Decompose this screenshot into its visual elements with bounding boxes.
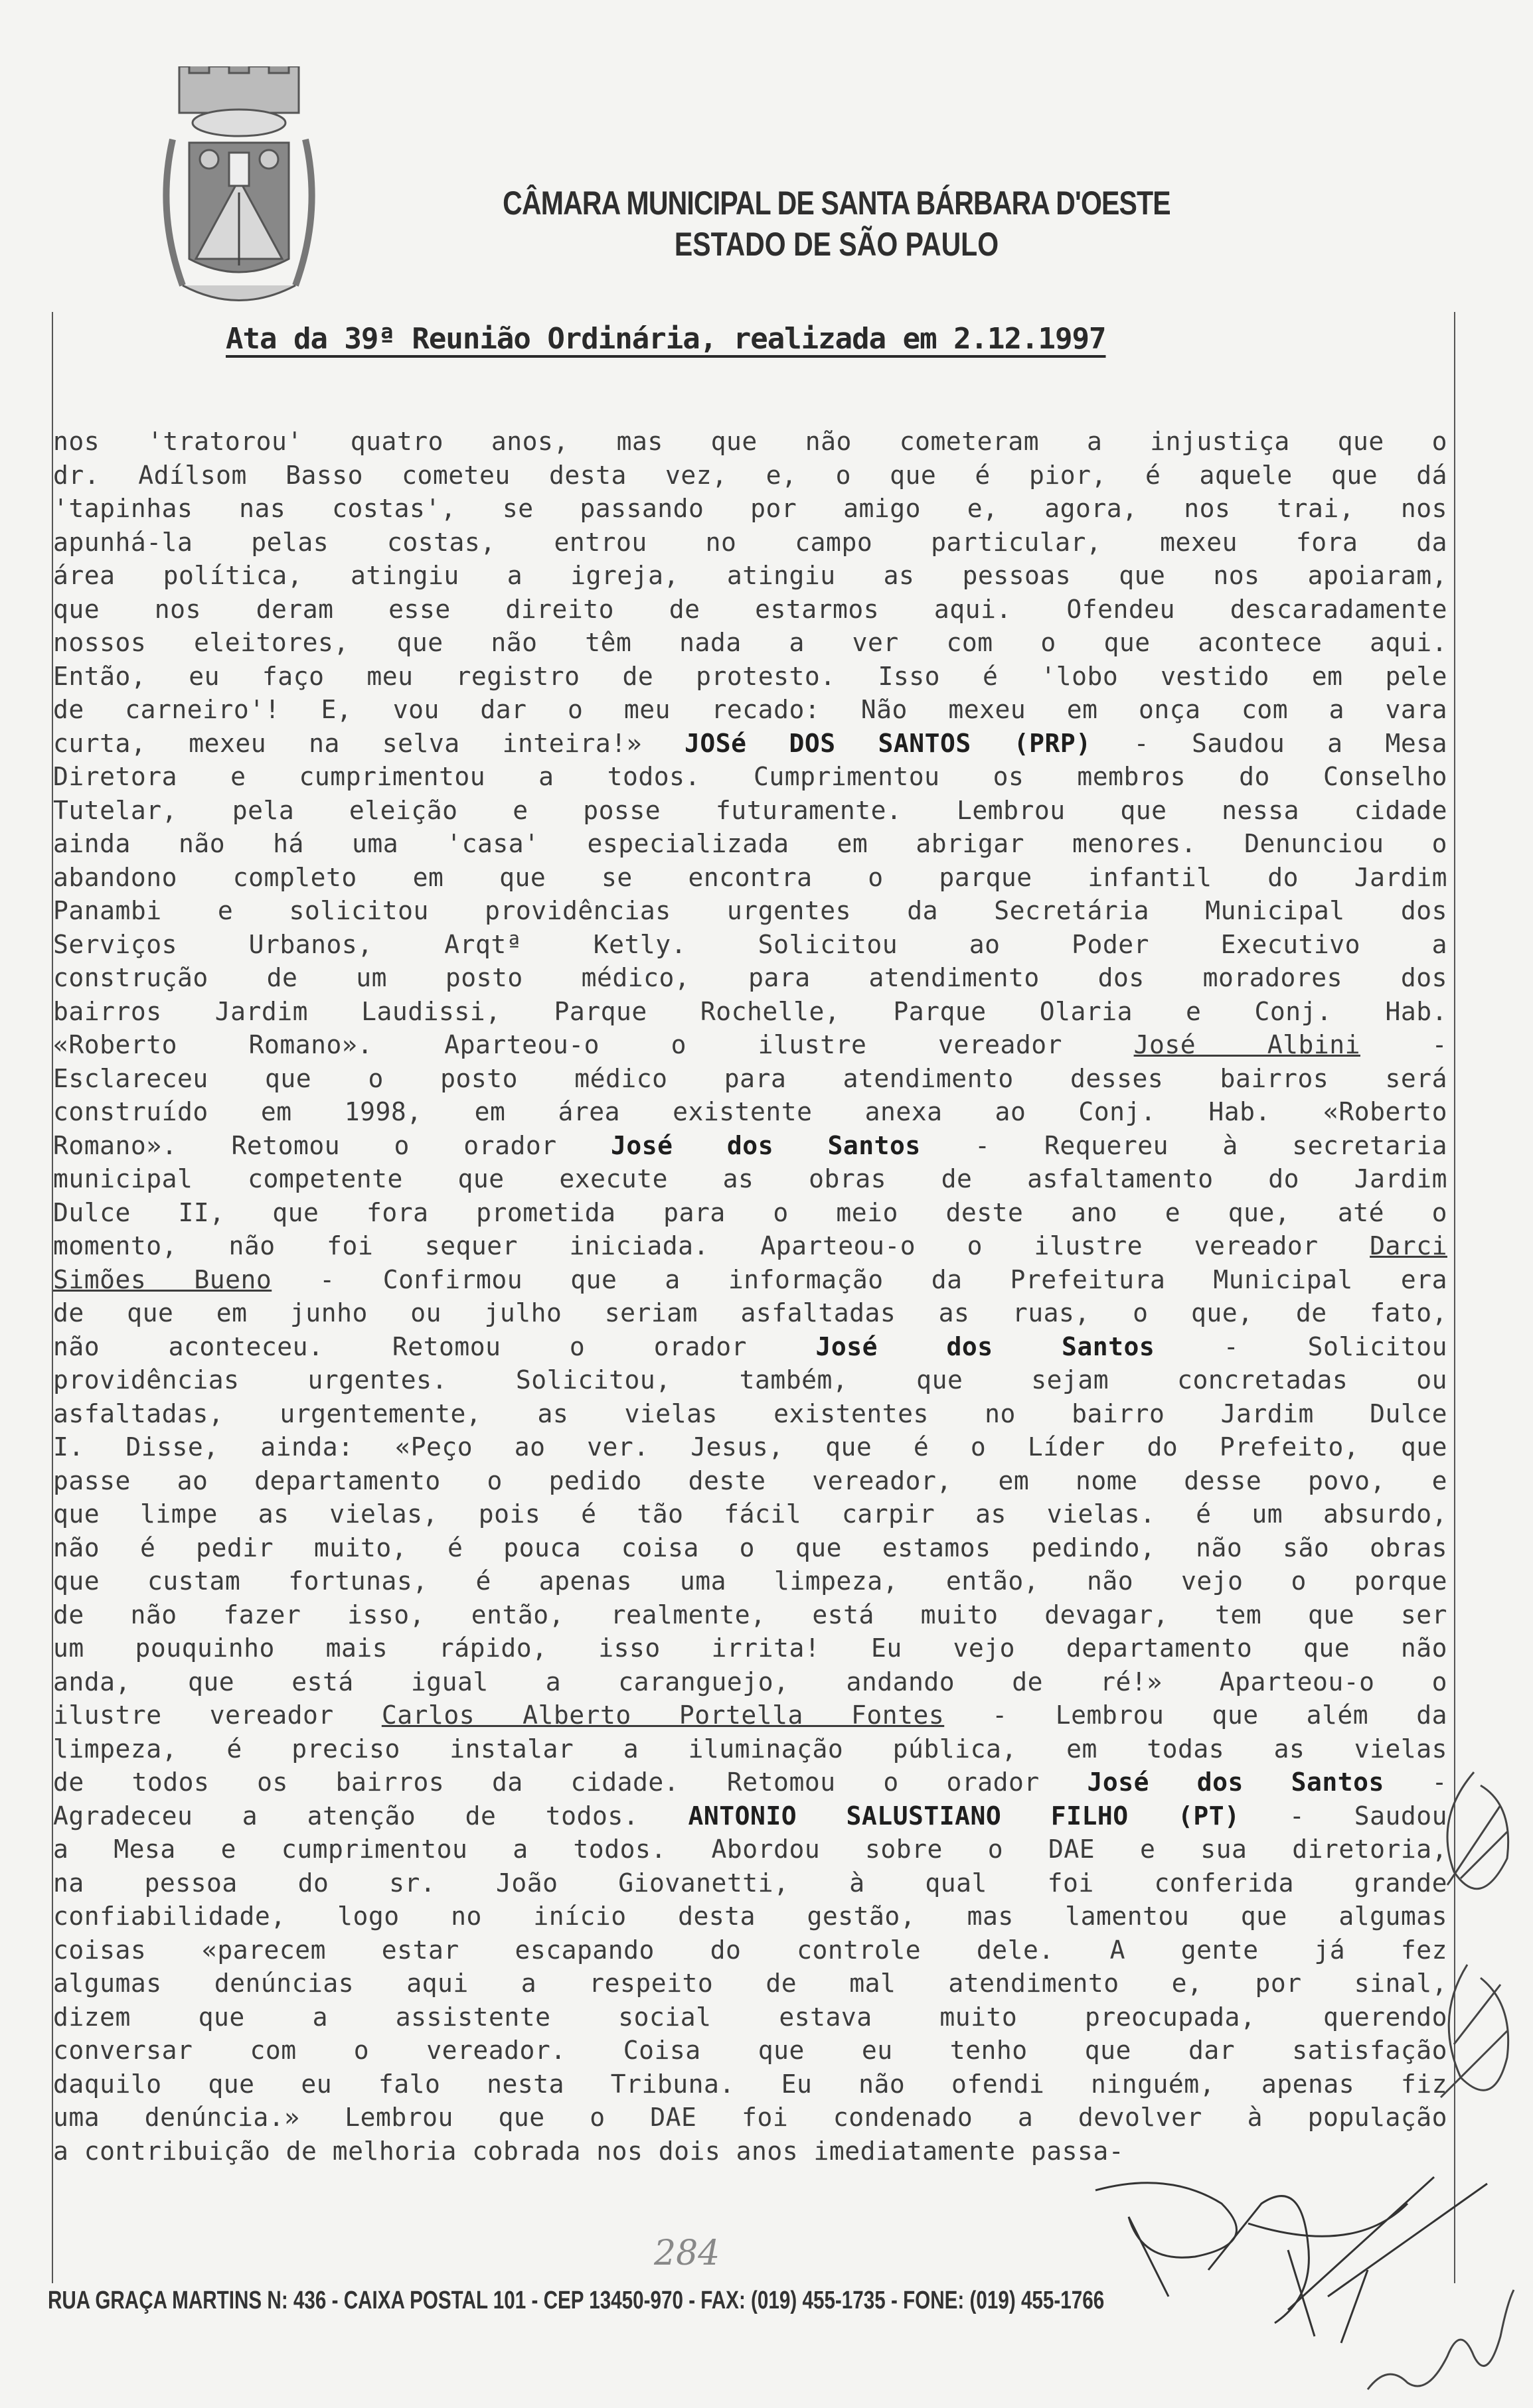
text-segment: Dulce II, que fora prometida para o meio… <box>53 1198 1447 1227</box>
text-segment: apunhá-la pelas costas, entrou no campo … <box>53 528 1447 557</box>
text-line: confiabilidade, logo no início desta ges… <box>53 1900 1447 1933</box>
text-segment: 'tapinhas nas costas', se passando por a… <box>53 494 1447 523</box>
text-segment: de que em junho ou julho seriam asfaltad… <box>53 1298 1447 1327</box>
text-segment: área política, atingiu a igreja, atingiu… <box>53 561 1447 590</box>
text-line: que nos deram esse direito de estarmos a… <box>53 593 1447 627</box>
aparte-name: Carlos Alberto Portella Fontes <box>382 1700 944 1730</box>
text-segment: «Roberto Romano». Aparteou-o o ilustre v… <box>53 1030 1134 1059</box>
text-line: anda, que está igual a caranguejo, andan… <box>53 1665 1447 1699</box>
text-line: coisas «parecem estar escapando do contr… <box>53 1933 1447 1967</box>
text-line: uma denúncia.» Lembrou que o DAE foi con… <box>53 2101 1447 2135</box>
text-segment: Agradeceu a atenção de todos. <box>53 1801 688 1831</box>
text-line: dr. Adílsom Basso cometeu desta vez, e, … <box>53 459 1447 492</box>
text-line: algumas denúncias aqui a respeito de mal… <box>53 1967 1447 2000</box>
signature-icon <box>1427 1766 1520 2137</box>
speaker-name: José dos Santos <box>1087 1768 1384 1797</box>
text-line: dizem que a assistente social estava mui… <box>53 2000 1447 2034</box>
text-segment: daquilo que eu falo nesta Tribuna. Eu nã… <box>53 2069 1447 2099</box>
text-segment: construção de um posto médico, para aten… <box>53 963 1447 992</box>
text-line: Panambi e solicitou providências urgente… <box>53 894 1447 928</box>
text-line: I. Disse, ainda: «Peço ao ver. Jesus, qu… <box>53 1430 1447 1464</box>
text-segment: nos 'tratorou' quatro anos, mas que não … <box>53 427 1447 456</box>
text-segment: de todos os bairros da cidade. Retomou o… <box>53 1768 1087 1797</box>
text-segment: de não fazer isso, então, realmente, est… <box>53 1600 1447 1629</box>
text-line: que limpe as vielas, pois é tão fácil ca… <box>53 1497 1447 1531</box>
text-segment: providências urgentes. Solicitou, também… <box>53 1365 1447 1394</box>
text-segment: que limpe as vielas, pois é tão fácil ca… <box>53 1499 1447 1529</box>
text-line: Esclareceu que o posto médico para atend… <box>53 1062 1447 1096</box>
aparte-name: Darci <box>1370 1231 1447 1260</box>
text-line: não aconteceu. Retomou o orador José dos… <box>53 1330 1447 1364</box>
text-line: na pessoa do sr. João Giovanetti, à qual… <box>53 1866 1447 1900</box>
text-line: de carneiro'! E, vou dar o meu recado: N… <box>53 693 1447 727</box>
text-line: nossos eleitores, que não têm nada a ver… <box>53 626 1447 660</box>
text-segment: Panambi e solicitou providências urgente… <box>53 896 1447 925</box>
minutes-body: nos 'tratorou' quatro anos, mas que não … <box>53 425 1447 2168</box>
initials-icon <box>1361 2283 1520 2403</box>
text-segment: na pessoa do sr. João Giovanetti, à qual… <box>53 1868 1447 1898</box>
text-line: Então, eu faço meu registro de protesto.… <box>53 660 1447 694</box>
speaker-name: José dos Santos <box>815 1332 1155 1361</box>
text-line: asfaltadas, urgentemente, as vielas exis… <box>53 1397 1447 1431</box>
text-line: a Mesa e cumprimentou a todos. Abordou s… <box>53 1833 1447 1866</box>
text-segment: I. Disse, ainda: «Peço ao ver. Jesus, qu… <box>53 1432 1447 1462</box>
text-line: limpeza, é preciso instalar a iluminação… <box>53 1732 1447 1766</box>
text-segment: bairros Jardim Laudissi, Parque Rochelle… <box>53 997 1447 1026</box>
text-segment: abandono completo em que se encontra o p… <box>53 863 1447 892</box>
text-line: Romano». Retomou o orador José dos Santo… <box>53 1129 1447 1163</box>
text-segment: - Requereu à secretaria <box>921 1131 1447 1160</box>
text-segment: - Saudou a Mesa <box>1091 729 1447 758</box>
text-segment: que custam fortunas, é apenas uma limpez… <box>53 1566 1447 1596</box>
text-line: abandono completo em que se encontra o p… <box>53 861 1447 895</box>
text-segment: municipal competente que execute as obra… <box>53 1164 1447 1193</box>
text-line: Agradeceu a atenção de todos. ANTONIO SA… <box>53 1799 1447 1833</box>
text-line: municipal competente que execute as obra… <box>53 1162 1447 1196</box>
text-segment: Diretora e cumprimentou a todos. Cumprim… <box>53 762 1447 791</box>
text-segment: Então, eu faço meu registro de protesto.… <box>53 662 1447 691</box>
text-segment: a contribuição de melhoria cobrada nos d… <box>53 2137 1124 2166</box>
text-segment: a Mesa e cumprimentou a todos. Abordou s… <box>53 1835 1447 1864</box>
text-line: Serviços Urbanos, Arqtª Ketly. Solicitou… <box>53 928 1447 962</box>
text-segment: não é pedir muito, é pouca coisa o que e… <box>53 1533 1447 1562</box>
text-segment: Romano». Retomou o orador <box>53 1131 611 1160</box>
text-line: bairros Jardim Laudissi, Parque Rochelle… <box>53 995 1447 1029</box>
text-segment: nossos eleitores, que não têm nada a ver… <box>53 628 1447 657</box>
organization-header: CÂMARA MUNICIPAL DE SANTA BÁRBARA D'OEST… <box>488 183 1185 265</box>
text-segment: coisas «parecem estar escapando do contr… <box>53 1935 1447 1965</box>
text-segment: momento, não foi sequer iniciada. Aparte… <box>53 1231 1370 1260</box>
text-line: construção de um posto médico, para aten… <box>53 961 1447 995</box>
org-name: CÂMARA MUNICIPAL DE SANTA BÁRBARA D'OEST… <box>488 183 1185 224</box>
text-segment: - Confirmou que a informação da Prefeitu… <box>272 1265 1447 1294</box>
text-segment: algumas denúncias aqui a respeito de mal… <box>53 1969 1447 1998</box>
text-line: Simões Bueno - Confirmou que a informaçã… <box>53 1263 1447 1297</box>
text-segment: dr. Adílsom Basso cometeu desta vez, e, … <box>53 461 1447 490</box>
text-segment: Tutelar, pela eleição e posse futurament… <box>53 796 1447 825</box>
text-line: apunhá-la pelas costas, entrou no campo … <box>53 526 1447 560</box>
speaker-name: ANTONIO SALUSTIANO FILHO (PT) <box>688 1801 1240 1831</box>
text-line: de não fazer isso, então, realmente, est… <box>53 1598 1447 1632</box>
aparte-name: José Albini <box>1134 1030 1360 1059</box>
text-segment: uma denúncia.» Lembrou que o DAE foi con… <box>53 2103 1447 2132</box>
coat-of-arms-icon <box>143 66 335 312</box>
text-segment: passe ao departamento o pedido deste ver… <box>53 1466 1447 1495</box>
text-line: conversar com o vereador. Coisa que eu t… <box>53 2034 1447 2068</box>
text-line: Diretora e cumprimentou a todos. Cumprim… <box>53 760 1447 794</box>
text-segment: limpeza, é preciso instalar a iluminação… <box>53 1734 1447 1764</box>
text-line: ilustre vereador Carlos Alberto Portella… <box>53 1698 1447 1732</box>
text-segment: de carneiro'! E, vou dar o meu recado: N… <box>53 695 1447 724</box>
text-line: não é pedir muito, é pouca coisa o que e… <box>53 1531 1447 1565</box>
text-segment: não aconteceu. Retomou o orador <box>53 1332 815 1361</box>
text-line: construído em 1998, em área existente an… <box>53 1095 1447 1129</box>
text-line: área política, atingiu a igreja, atingiu… <box>53 559 1447 593</box>
text-segment: - Lembrou que além da <box>944 1700 1447 1730</box>
text-segment: conversar com o vereador. Coisa que eu t… <box>53 2036 1447 2065</box>
text-line: daquilo que eu falo nesta Tribuna. Eu nã… <box>53 2068 1447 2101</box>
text-line: Tutelar, pela eleição e posse futurament… <box>53 794 1447 828</box>
text-segment: confiabilidade, logo no início desta ges… <box>53 1902 1447 1931</box>
text-line: nos 'tratorou' quatro anos, mas que não … <box>53 425 1447 459</box>
address-footer: RUA GRAÇA MARTINS N: 436 - CAIXA POSTAL … <box>48 2287 1104 2315</box>
text-line: que custam fortunas, é apenas uma limpez… <box>53 1564 1447 1598</box>
text-segment: dizem que a assistente social estava mui… <box>53 2002 1447 2032</box>
text-segment: Serviços Urbanos, Arqtª Ketly. Solicitou… <box>53 930 1447 959</box>
speaker-name: José dos Santos <box>611 1131 921 1160</box>
text-line: de todos os bairros da cidade. Retomou o… <box>53 1766 1447 1799</box>
text-segment: asfaltadas, urgentemente, as vielas exis… <box>53 1399 1447 1428</box>
handwritten-page-number: 284 <box>654 2233 720 2273</box>
document-title: Ata da 39ª Reunião Ordinária, realizada … <box>226 322 1106 356</box>
text-segment: um pouquinho mais rápido, isso irrita! E… <box>53 1633 1447 1663</box>
text-segment: Esclareceu que o posto médico para atend… <box>53 1064 1447 1093</box>
text-line: 'tapinhas nas costas', se passando por a… <box>53 492 1447 526</box>
text-segment: ainda não há uma 'casa' especializada em… <box>53 829 1447 858</box>
text-segment: que nos deram esse direito de estarmos a… <box>53 595 1447 624</box>
aparte-name: Simões Bueno <box>53 1265 272 1294</box>
text-line: Dulce II, que fora prometida para o meio… <box>53 1196 1447 1230</box>
text-segment: construído em 1998, em área existente an… <box>53 1097 1447 1126</box>
speaker-name: JOSé DOS SANTOS (PRP) <box>685 729 1091 758</box>
org-state: ESTADO DE SÃO PAULO <box>488 224 1185 265</box>
text-line: curta, mexeu na selva inteira!» JOSé DOS… <box>53 727 1447 761</box>
text-line: ainda não há uma 'casa' especializada em… <box>53 827 1447 861</box>
text-segment: ilustre vereador <box>53 1700 382 1730</box>
text-segment: anda, que está igual a caranguejo, andan… <box>53 1667 1447 1696</box>
text-line: providências urgentes. Solicitou, também… <box>53 1363 1447 1397</box>
text-line: passe ao departamento o pedido deste ver… <box>53 1464 1447 1498</box>
text-segment: - <box>1360 1030 1447 1059</box>
text-line: «Roberto Romano». Aparteou-o o ilustre v… <box>53 1028 1447 1062</box>
text-segment: - Saudou <box>1240 1801 1447 1831</box>
text-line: de que em junho ou julho seriam asfaltad… <box>53 1296 1447 1330</box>
text-segment: - Solicitou <box>1155 1332 1447 1361</box>
text-line: momento, não foi sequer iniciada. Aparte… <box>53 1229 1447 1263</box>
text-segment: curta, mexeu na selva inteira!» <box>53 729 685 758</box>
text-line: a contribuição de melhoria cobrada nos d… <box>53 2135 1447 2168</box>
text-line: um pouquinho mais rápido, isso irrita! E… <box>53 1631 1447 1665</box>
